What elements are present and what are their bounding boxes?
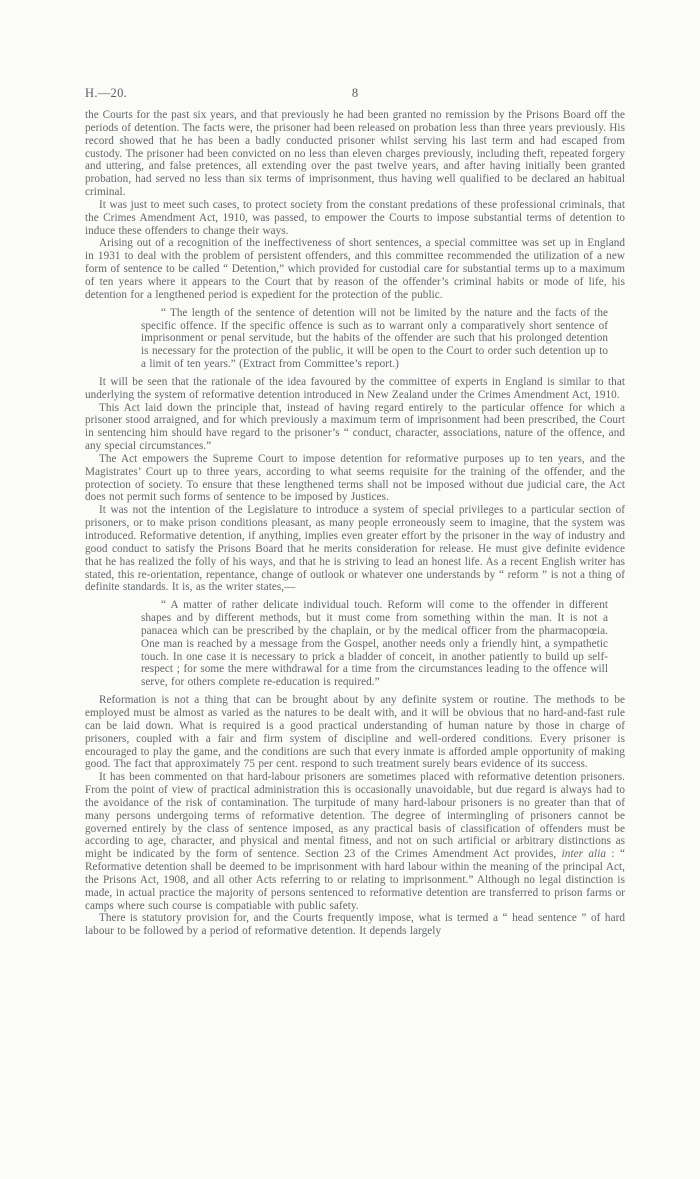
text-run: “ A matter of rather delicate individual… (141, 599, 608, 688)
paragraph: This Act laid down the principle that, i… (85, 402, 625, 453)
text-run: It was just to meet such cases, to prote… (85, 199, 625, 237)
paragraph: It was just to meet such cases, to prote… (85, 199, 625, 238)
paragraph: It has been commented on that hard-labou… (85, 771, 625, 912)
document-body: the Courts for the past six years, and t… (85, 109, 625, 938)
text-run: This Act laid down the principle that, i… (85, 402, 625, 453)
paragraph: Arising out of a recognition of the inef… (85, 237, 625, 301)
block-quote: “ The length of the sentence of detentio… (141, 307, 608, 371)
italic-phrase: inter alia (562, 848, 606, 860)
text-run: Reformation is not a thing that can be b… (85, 694, 625, 770)
paragraph: It was not the intention of the Legislat… (85, 504, 625, 594)
text-run: Arising out of a recognition of the inef… (85, 237, 625, 300)
text-run: It has been commented on that hard-labou… (85, 771, 625, 860)
document-page: H.—20. 8 the Courts for the past six yea… (0, 0, 700, 1179)
paragraph: Reformation is not a thing that can be b… (85, 694, 625, 771)
text-run: “ The length of the sentence of detentio… (141, 307, 608, 370)
page-header: H.—20. 8 (85, 86, 625, 102)
paragraph: the Courts for the past six years, and t… (85, 109, 625, 199)
text-run: There is statutory provision for, and th… (85, 912, 625, 937)
page-number: 8 (85, 86, 625, 101)
text-run: It was not the intention of the Legislat… (85, 504, 625, 593)
block-quote: “ A matter of rather delicate individual… (141, 599, 608, 689)
paragraph: It will be seen that the rationale of th… (85, 376, 625, 402)
text-run: The Act empowers the Supreme Court to im… (85, 453, 625, 504)
text-run: It will be seen that the rationale of th… (85, 376, 625, 401)
paragraph: The Act empowers the Supreme Court to im… (85, 453, 625, 504)
paragraph: There is statutory provision for, and th… (85, 912, 625, 938)
text-run: the Courts for the past six years, and t… (85, 109, 625, 198)
